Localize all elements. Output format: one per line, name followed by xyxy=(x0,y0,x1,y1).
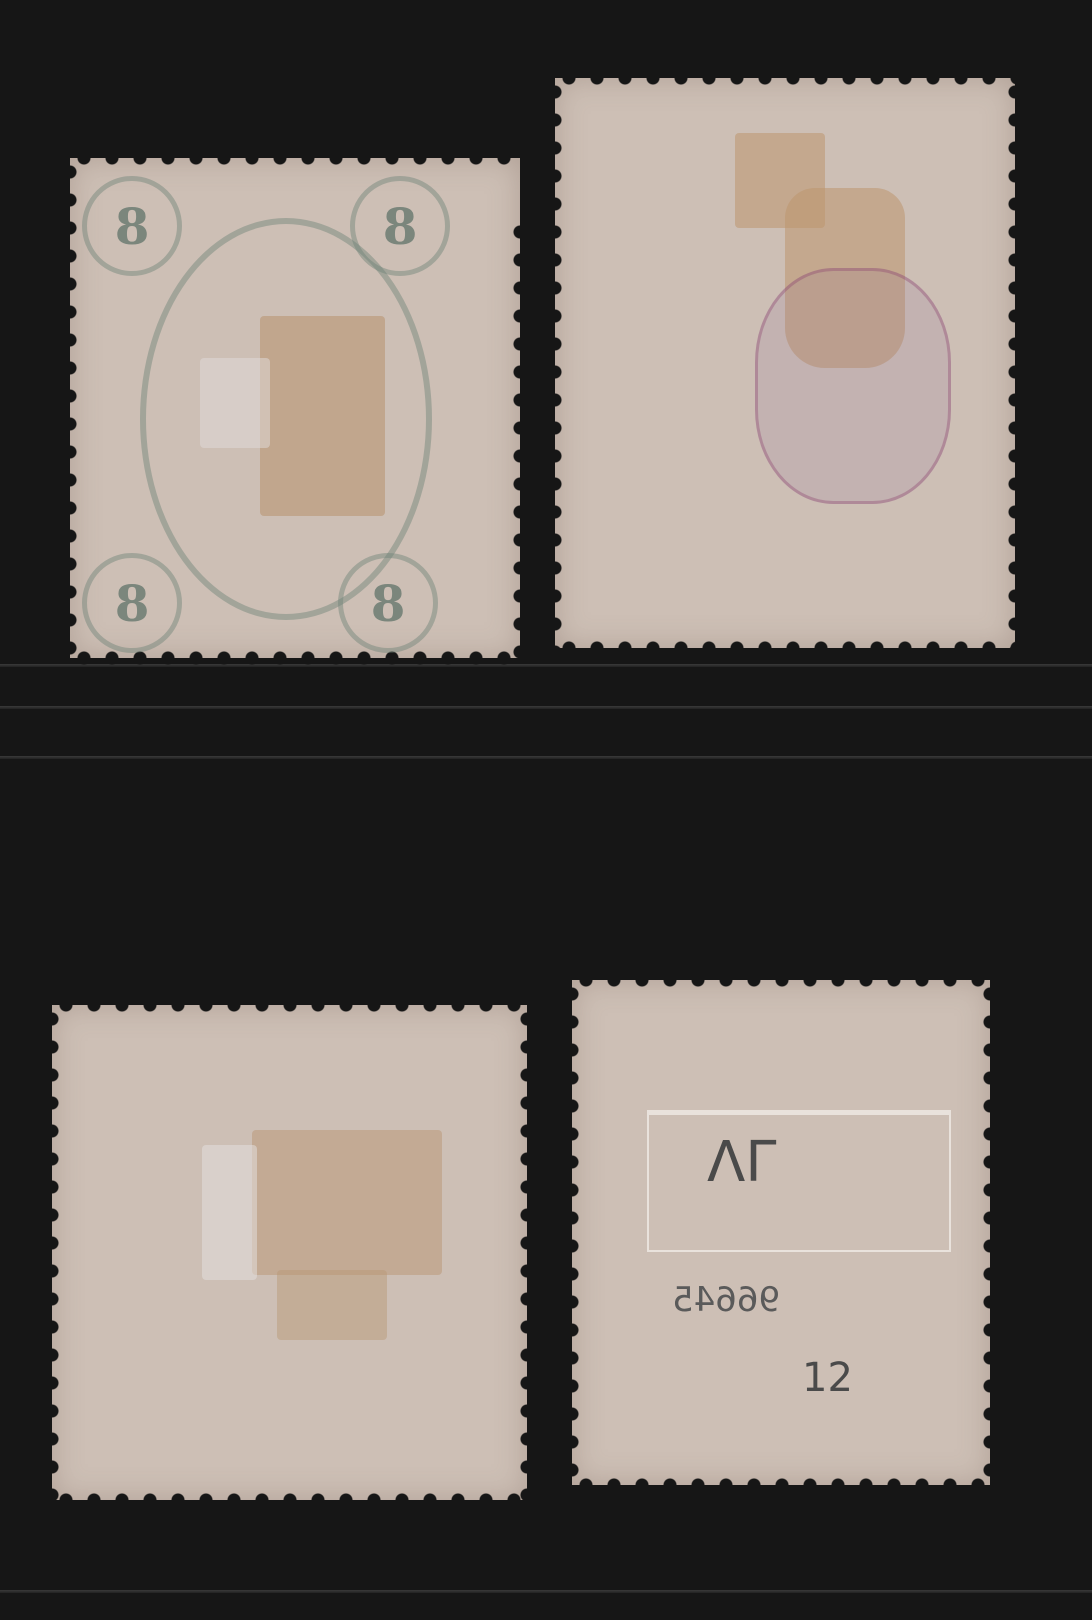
pencil-note: ΛΓ xyxy=(707,1130,777,1195)
perforation xyxy=(572,1478,990,1492)
perforation xyxy=(555,71,1015,85)
perforation xyxy=(52,1493,527,1507)
perforation xyxy=(1008,78,1022,648)
hinge-remnant xyxy=(252,1130,442,1275)
hinge-thin-spot xyxy=(202,1145,257,1280)
stockbook-strip-edge xyxy=(0,664,1092,667)
hinge-thin-spot xyxy=(200,358,270,448)
perforation xyxy=(555,641,1015,655)
pencil-note: 12 xyxy=(802,1355,853,1401)
denomination-show-through: 8 xyxy=(338,553,438,653)
stamp-top-right xyxy=(555,78,1015,648)
stockbook-strip-edge xyxy=(0,1590,1092,1593)
perforation xyxy=(52,998,527,1012)
perforation xyxy=(513,218,527,658)
denomination-show-through: 8 xyxy=(82,553,182,653)
stamp-top-left: 8 8 8 8 xyxy=(70,158,520,658)
perforation xyxy=(520,1005,534,1500)
perforation xyxy=(45,1005,59,1500)
hinge-remnant xyxy=(260,316,385,516)
perforation xyxy=(548,78,562,648)
perforation xyxy=(572,973,990,987)
pencil-note: 96645 xyxy=(672,1280,780,1320)
denomination-show-through: 8 xyxy=(350,176,450,276)
perforation xyxy=(70,651,520,665)
denomination-show-through: 8 xyxy=(82,176,182,276)
stamp-bottom-right: ΛΓ 96645 12 xyxy=(572,980,990,1485)
stockbook-strip-edge xyxy=(0,756,1092,759)
perforation xyxy=(565,980,579,1485)
perforation xyxy=(63,158,77,658)
perforation xyxy=(983,980,997,1485)
hinge-remnant xyxy=(277,1270,387,1340)
cancellation-show-through xyxy=(755,268,951,504)
hinge-mount-outline xyxy=(647,1110,951,1252)
stamp-bottom-left xyxy=(52,1005,527,1500)
stockbook-strip-edge xyxy=(0,706,1092,709)
perforation xyxy=(70,151,520,165)
